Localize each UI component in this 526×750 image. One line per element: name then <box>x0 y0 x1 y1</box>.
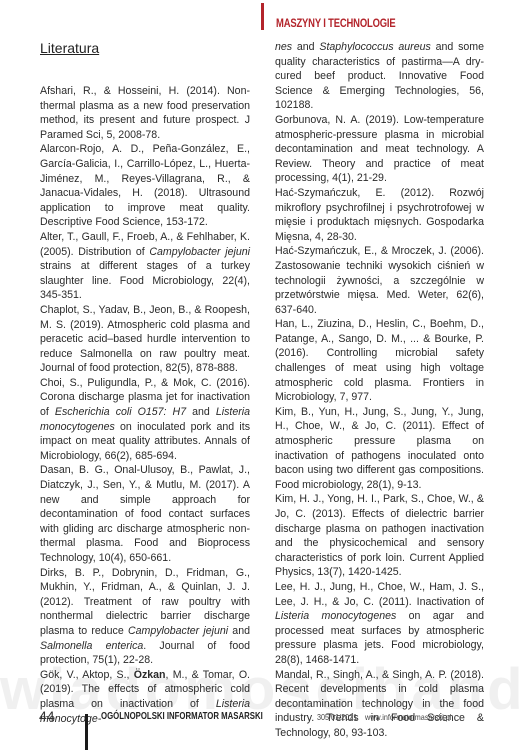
reference-text: Afshari, R., & Hosseini, H. (2014). Non-… <box>40 85 250 141</box>
reference-item: Hać-Szymańczuk, E., & Mroczek, J. (2006)… <box>275 244 484 317</box>
left-column: Literatura Afshari, R., & Hosseini, H. (… <box>40 40 250 726</box>
reference-item: Choi, S., Puligundla, P., & Mok, C. (201… <box>40 376 250 464</box>
reference-text: and <box>186 406 216 418</box>
reference-item: Dasan, B. G., Onal-Ulusoy, B., Pawlat, J… <box>40 463 250 565</box>
reference-item: Hać-Szymańczuk, E. (2012). Rozwój mikrof… <box>275 186 484 244</box>
reference-text: Dasan, B. G., Onal-Ulusoy, B., Pawlat, J… <box>40 464 250 564</box>
species-name: Staphylococcus aureus <box>319 41 430 53</box>
publication-name: OGÓLNOPOLSKI INFORMATOR MASARSKI <box>101 710 263 724</box>
reference-text: Kim, B., Yun, H., Jung, S., Jung, Y., Ju… <box>275 406 484 491</box>
issue-number: 305/01/2021 <box>317 710 357 724</box>
reference-item: Han, L., Ziuzina, D., Heslin, C., Boehm,… <box>275 317 484 405</box>
reference-text: strains at different stages of a turkey … <box>40 260 250 301</box>
page-footer: 44 OGÓLNOPOLSKI INFORMATOR MASARSKI 305/… <box>40 708 308 750</box>
footer-divider <box>85 714 88 750</box>
species-name: Campylobacter jejuni <box>149 246 250 258</box>
reference-item: Lee, H. J., Jung, H., Choe, W., Ham, J. … <box>275 580 484 668</box>
reference-text: Kim, H. J., Yong, H. I., Park, S., Choe,… <box>275 493 484 578</box>
page-number: 44 <box>39 708 67 724</box>
reference-item: Chaplot, S., Yadav, B., Jeon, B., & Roop… <box>40 303 250 376</box>
reference-item: Kim, H. J., Yong, H. I., Park, S., Choe,… <box>275 492 484 580</box>
references-heading: Literatura <box>40 40 250 56</box>
reference-text: Chaplot, S., Yadav, B., Jeon, B., & Roop… <box>40 304 250 374</box>
reference-item: nes and Staphylococcus aureus and some q… <box>275 40 484 113</box>
reference-item: Afshari, R., & Hosseini, H. (2014). Non-… <box>40 84 250 142</box>
species-name: Campylobacter jejuni <box>128 625 228 637</box>
section-header: MASZYNY I TECHNOLOGIE <box>261 0 422 30</box>
species-name: Escherichia coli O157: H7 <box>55 406 186 418</box>
header-accent-bar <box>261 3 264 30</box>
reference-text: Gök, V., Aktop, S., <box>40 669 134 681</box>
publication-url: www.informatormasarski.pl <box>365 710 451 724</box>
species-name: Salmonella enterica <box>40 640 143 652</box>
reference-text: Alarcon-Rojo, A. D., Peña-González, E., … <box>40 143 250 228</box>
reference-item: Gorbunova, N. A. (2019). Low-temperature… <box>275 113 484 186</box>
reference-text: and <box>228 625 250 637</box>
reference-text: Lee, H. J., Jung, H., Choe, W., Ham, J. … <box>275 581 484 608</box>
reference-text: Gorbunova, N. A. (2019). Low-temperature… <box>275 114 484 184</box>
species-name: nes <box>275 41 292 53</box>
reference-text: Hać-Szymańczuk, E., & Mroczek, J. (2006)… <box>275 245 484 315</box>
section-title: MASZYNY I TECHNOLOGIE <box>276 18 396 30</box>
reference-item: Dirks, B. P., Dobrynin, D., Fridman, G.,… <box>40 566 250 668</box>
species-name: Listeria monocytogenes <box>275 610 396 622</box>
author-highlight: Özkan <box>134 669 166 681</box>
reference-text: Han, L., Ziuzina, D., Heslin, C., Boehm,… <box>275 318 484 403</box>
reference-text: and <box>292 41 319 53</box>
reference-text: Hać-Szymańczuk, E. (2012). Rozwój mikrof… <box>275 187 484 243</box>
right-column: nes and Staphylococcus aureus and some q… <box>275 40 484 741</box>
reference-item: Alter, T., Gaull, F., Froeb, A., & Fehlh… <box>40 230 250 303</box>
reference-item: Kim, B., Yun, H., Jung, S., Jung, Y., Ju… <box>275 405 484 493</box>
reference-item: Alarcon-Rojo, A. D., Peña-González, E., … <box>40 142 250 230</box>
